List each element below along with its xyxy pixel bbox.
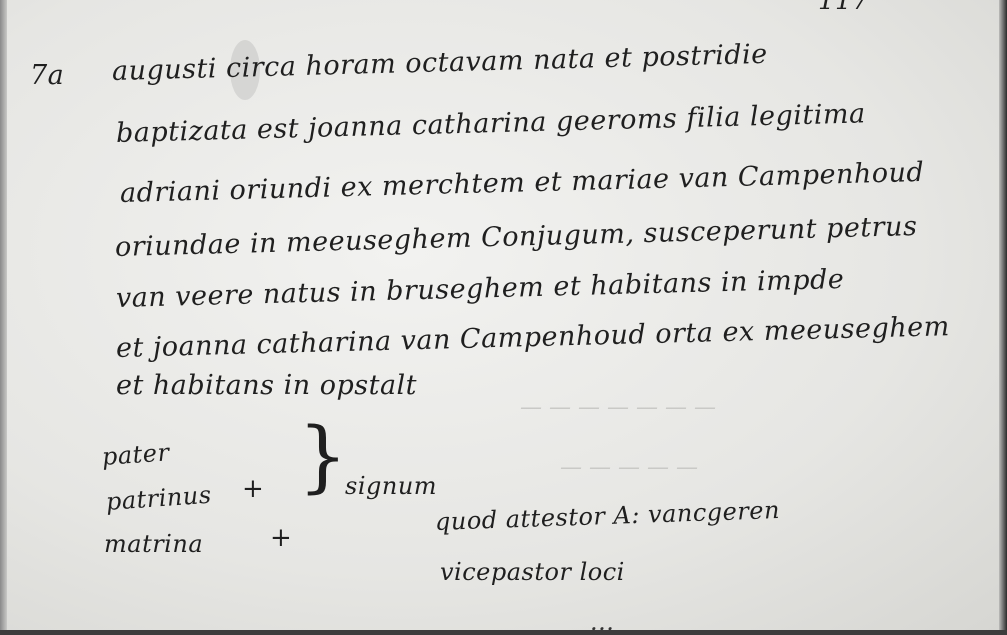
entry-line-3: adriani oriundi ex merchtem et mariae va… [120,157,925,209]
brace-symbol: } [298,418,348,496]
viewer-bottom-border [0,630,1007,635]
signature-label-pater: pater [101,438,170,471]
entry-line-7: et habitans in opstalt [116,370,417,401]
date-marker: 7a [30,60,64,91]
next-entry-fragment: ... [590,608,614,630]
register-page: — — — — — — — — — — — — 117 7a augusti c… [0,0,1007,630]
bleed-through-text: — — — — — [560,455,698,480]
folio-number: 117 [818,0,869,16]
bleed-through-text: — — — — — — — [520,395,716,420]
entry-line-6: et joanna catharina van Campenhoud orta … [116,311,951,364]
signature-label-patrinus: patrinus [105,481,212,516]
entry-line-2: baptizata est joanna catharina geeroms f… [116,98,866,149]
mark-cross-patrinus: + [242,474,264,504]
signature-label-matrina: matrina [104,530,203,558]
page-right-edge [999,0,1007,630]
entry-line-4: oriundae in meeuseghem Conjugum, suscepe… [115,211,918,263]
page-left-edge [0,0,7,630]
entry-line-5: van veere natus in bruseghem et habitans… [116,264,845,314]
attestation-line: quod attestor A: vancgeren [435,496,781,536]
signatory-title: vicepastor loci [440,558,625,586]
mark-cross-matrina: + [270,523,292,553]
signum-text: signum [345,472,437,500]
entry-line-1: augusti circa horam octavam nata et post… [112,39,768,87]
